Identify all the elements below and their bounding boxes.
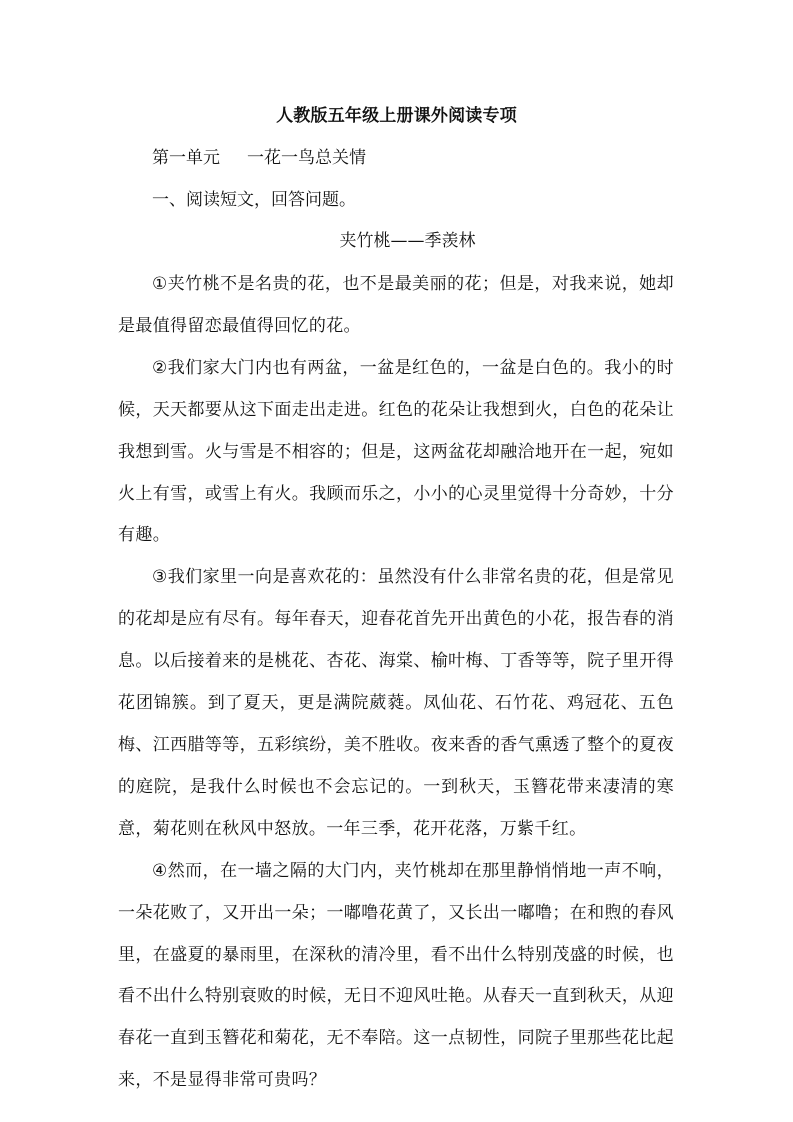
paragraph-4: ④然而，在一墙之隔的大门内，夹竹桃却在那里静悄悄地一声不响，一朵花败了，又开出一… [118,851,674,1102]
paragraph-1: ①夹竹桃不是名贵的花，也不是最美丽的花；但是，对我来说，她却是最值得留恋最值得回… [118,264,674,348]
article-title: 夹竹桃——季羡林 [0,229,793,253]
document-title: 人教版五年级上册课外阅读专项 [0,104,793,128]
document-page: 人教版五年级上册课外阅读专项 第一单元 一花一鸟总关情 一、阅读短文，回答问题。… [0,0,793,1122]
section-heading: 一、阅读短文，回答问题。 [152,188,356,212]
paragraph-2: ②我们家大门内也有两盆，一盆是红色的，一盆是白色的。我小的时候，天天都要从这下面… [118,348,674,558]
unit-heading: 第一单元 一花一鸟总关情 [152,146,366,170]
paragraph-3: ③我们家里一向是喜欢花的：虽然没有什么非常名贵的花，但是常见的花却是应有尽有。每… [118,557,674,850]
article-body: ①夹竹桃不是名贵的花，也不是最美丽的花；但是，对我来说，她却是最值得留恋最值得回… [118,264,674,1102]
